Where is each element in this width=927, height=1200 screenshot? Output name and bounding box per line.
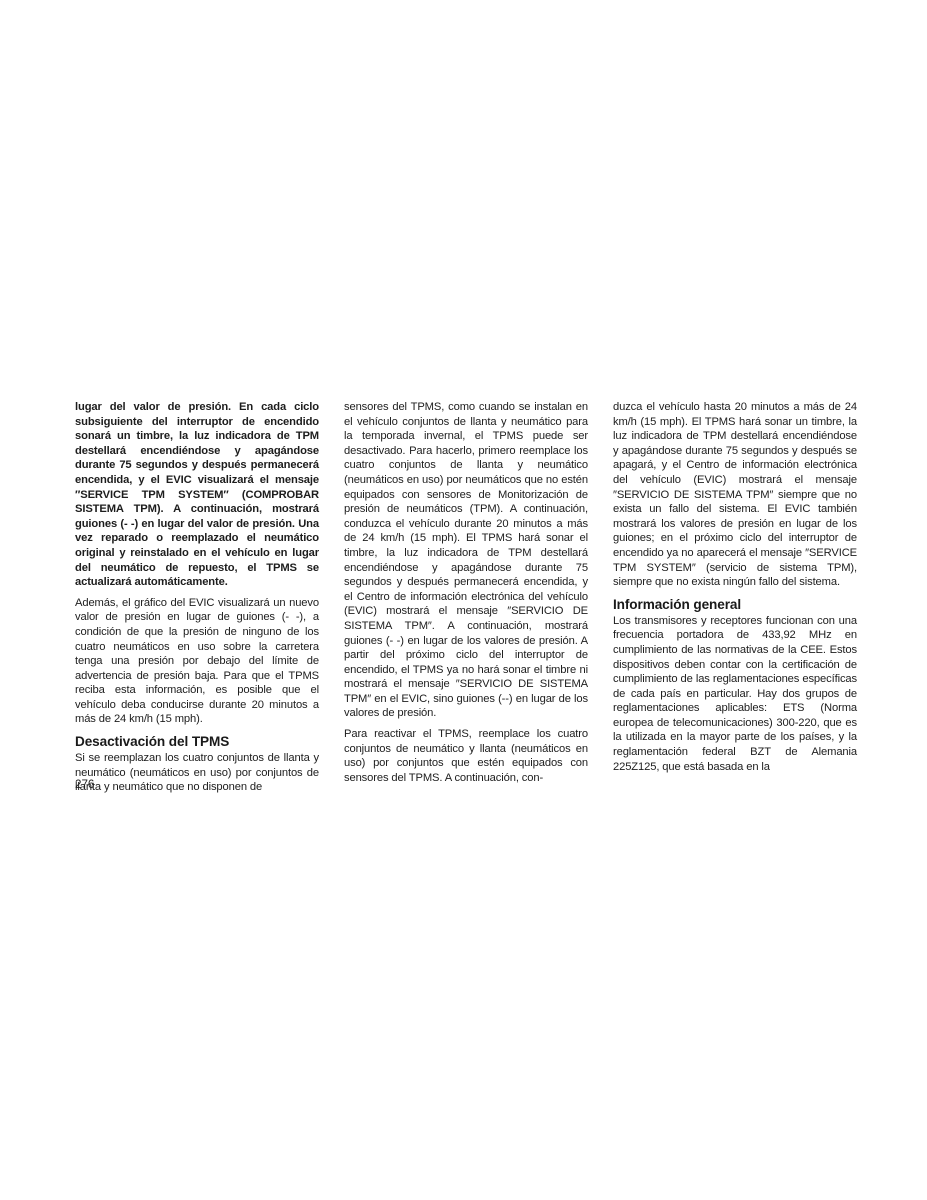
column-1: lugar del valor de presión. En cada cicl… <box>75 400 319 801</box>
text-columns: lugar del valor de presión. En cada cicl… <box>75 400 858 801</box>
paragraph-informacion-general: Los transmisores y receptores funcionan … <box>613 614 857 775</box>
paragraph-evic-graphic: Además, el gráfico del EVIC visualizará … <box>75 596 319 727</box>
paragraph-tpm-update-continued: lugar del valor de presión. En cada cicl… <box>75 400 319 590</box>
section-heading-desactivacion-tpms: Desactivación del TPMS <box>75 734 319 750</box>
column-3: duzca el vehículo hasta 20 minutos a más… <box>613 400 857 801</box>
paragraph-reactivar-tpms: Para reactivar el TPMS, reemplace los cu… <box>344 727 588 785</box>
section-heading-informacion-general: Información general <box>613 597 857 613</box>
paragraph-desactivacion-procedure: sensores del TPMS, como cuando se instal… <box>344 400 588 721</box>
paragraph-reactivar-continued: duzca el vehículo hasta 20 minutos a más… <box>613 400 857 590</box>
manual-page: lugar del valor de presión. En cada cicl… <box>0 0 927 1200</box>
page-number: 276 <box>75 778 94 791</box>
paragraph-desactivacion-intro: Si se reemplazan los cuatro conjuntos de… <box>75 751 319 795</box>
column-2: sensores del TPMS, como cuando se instal… <box>344 400 588 801</box>
